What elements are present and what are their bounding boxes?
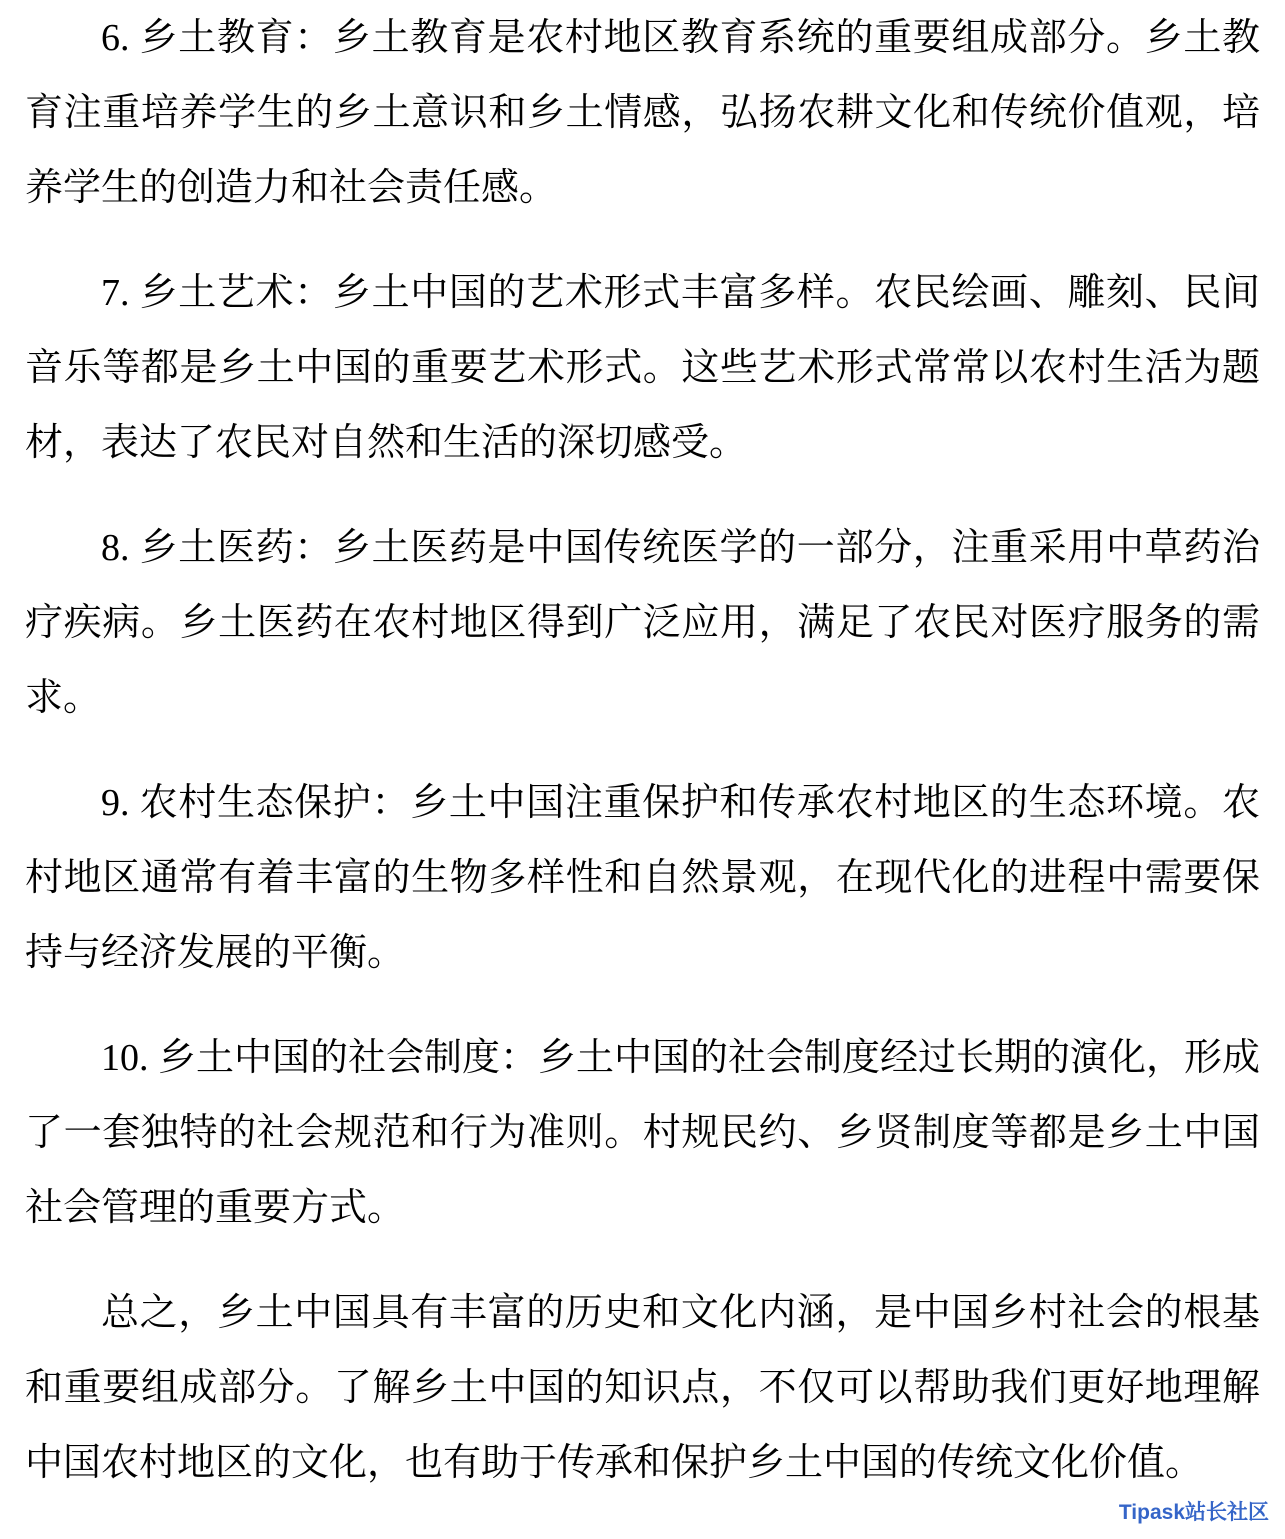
document-page: 6. 乡土教育：乡土教育是农村地区教育系统的重要组成部分。乡土教育注重培养学生的… (0, 0, 1285, 1539)
paragraph-10-social-system: 10. 乡土中国的社会制度：乡土中国的社会制度经过长期的演化，形成了一套独特的社… (25, 1021, 1260, 1246)
paragraph-8-local-medicine: 8. 乡土医药：乡土医药是中国传统医学的一部分，注重采用中草药治疗疾病。乡土医药… (25, 511, 1260, 736)
watermark-tipask: Tipask站长社区 (1119, 1498, 1269, 1528)
paragraph-conclusion: 总之，乡土中国具有丰富的历史和文化内涵，是中国乡村社会的根基和重要组成部分。了解… (25, 1276, 1260, 1501)
paragraph-9-rural-ecology: 9. 农村生态保护：乡土中国注重保护和传承农村地区的生态环境。农村地区通常有着丰… (25, 766, 1260, 991)
paragraph-6-local-education: 6. 乡土教育：乡土教育是农村地区教育系统的重要组成部分。乡土教育注重培养学生的… (25, 1, 1260, 226)
watermark-text: Tipask站长社区 (1119, 1501, 1269, 1524)
paragraph-7-local-art: 7. 乡土艺术：乡土中国的艺术形式丰富多样。农民绘画、雕刻、民间音乐等都是乡土中… (25, 256, 1260, 481)
